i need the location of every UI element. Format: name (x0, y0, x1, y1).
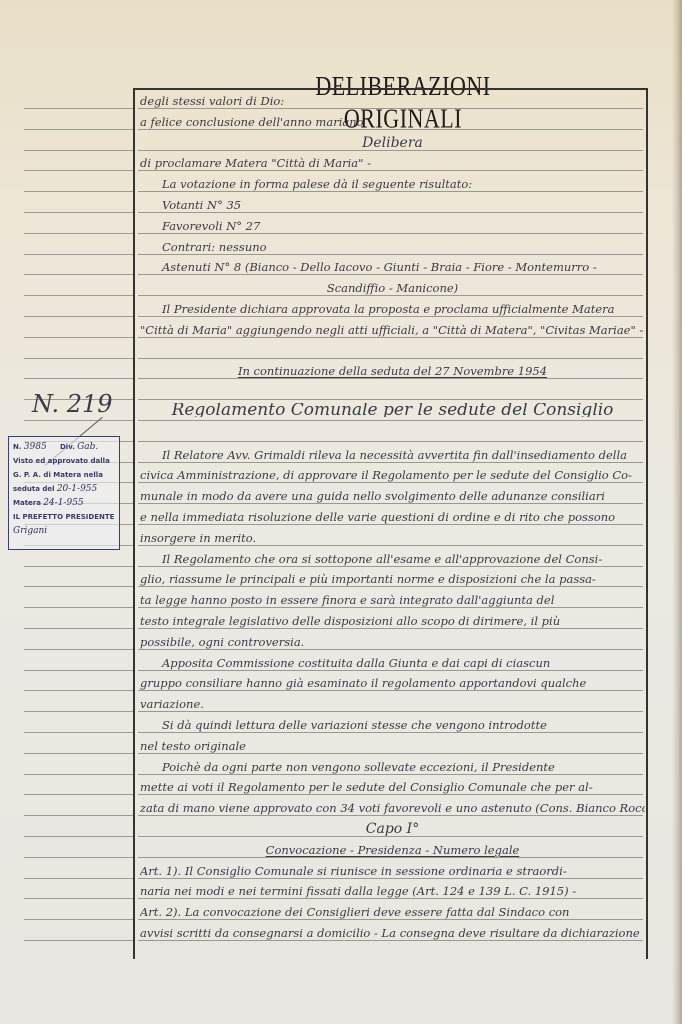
handwritten-line: Votanti N° 35 (140, 198, 645, 212)
ruled-line (138, 524, 643, 525)
ruled-line (138, 191, 643, 192)
ruled-line (138, 753, 643, 754)
ruled-line (138, 233, 643, 234)
handwritten-line: degli stessi valori di Dio: (140, 94, 645, 108)
ruled-line (138, 358, 643, 359)
handwritten-line: di proclamare Matera "Città di Maria" - (140, 156, 645, 170)
ruled-line (138, 919, 643, 920)
ruled-line (138, 836, 643, 837)
margin-rule-line (24, 607, 134, 608)
margin-rule-line (24, 919, 134, 920)
ruled-line (138, 337, 643, 338)
stamp-division: Gab. (77, 440, 111, 454)
approval-stamp: N. 3985 Div. Gab. Visto ed approvato dal… (8, 436, 120, 550)
ruled-line (138, 566, 643, 567)
handwritten-line: avvisi scritti da consegnarsi a domicili… (140, 926, 645, 940)
margin-rule-line (24, 316, 134, 317)
margin-rule-line (24, 586, 134, 587)
record-number: N. 219 (32, 390, 113, 418)
stamp-place-row: Matera 24-1-955 (13, 496, 115, 510)
ruled-line (138, 420, 643, 421)
handwritten-line: nel testo originale (140, 739, 645, 753)
ruled-line (138, 108, 643, 109)
handwritten-line: Art. 1). Il Consiglio Comunale si riunis… (140, 864, 645, 878)
ruled-line (138, 670, 643, 671)
handwritten-line: Poichè da ogni parte non vengono solleva… (140, 760, 645, 774)
ruled-line (138, 462, 643, 463)
handwritten-line: Delibera (140, 136, 645, 150)
stamp-session-row: seduta del 20-1-955 (13, 482, 115, 496)
handwritten-line: Apposita Commissione costituita dalla Gi… (140, 656, 645, 670)
margin-rule-line (24, 732, 134, 733)
ruled-line (138, 295, 643, 296)
handwritten-line: naria nei modi e nei termini fissati dal… (140, 884, 645, 898)
margin-rule-line (24, 129, 134, 130)
handwritten-line: zata di mano viene approvato con 34 voti… (140, 801, 645, 815)
stamp-line-1: Visto ed approvato dalla (13, 454, 115, 468)
ruled-line (138, 774, 643, 775)
margin-rule-line (24, 566, 134, 567)
ruled-line (138, 254, 643, 255)
handwritten-line: ta legge hanno posto in essere finora e … (140, 593, 645, 607)
margin-rule-line (24, 774, 134, 775)
stamp-number-row: N. 3985 Div. Gab. (13, 440, 115, 454)
margin-rule-line (24, 191, 134, 192)
ruled-line (138, 815, 643, 816)
margin-rule-line (24, 212, 134, 213)
margin-rule-line (24, 295, 134, 296)
margin-rule-line (24, 815, 134, 816)
margin-rule-line (24, 378, 134, 379)
handwritten-line: gruppo consiliare hanno già esaminato il… (140, 676, 645, 690)
ruled-line (138, 711, 643, 712)
handwritten-line: Il Presidente dichiara approvata la prop… (140, 302, 645, 316)
handwritten-line: Favorevoli N° 27 (140, 219, 645, 233)
handwritten-line: Astenuti N° 8 (Bianco - Dello Iacovo - G… (140, 260, 645, 274)
handwritten-line: Il Regolamento che ora si sottopone all'… (140, 552, 645, 566)
margin-rule-line (24, 254, 134, 255)
handwritten-line: testo integrale legislativo delle dispos… (140, 614, 645, 628)
handwritten-line: possibile, ogni controversia. (140, 635, 645, 649)
margin-rule-line (24, 711, 134, 712)
handwritten-line: civica Amministrazione, di approvare il … (140, 468, 645, 482)
handwritten-line: munale in modo da avere una guida nello … (140, 489, 645, 503)
ruled-line (138, 940, 643, 941)
ruled-line (138, 857, 643, 858)
margin-rule-line (24, 940, 134, 941)
stamp-line-2: G. P. A. di Matera nella (13, 468, 115, 482)
margin-rule-line (24, 857, 134, 858)
handwritten-line: Capo I° (140, 822, 645, 836)
ruled-line (138, 129, 643, 130)
margin-rule-line (24, 420, 134, 421)
ruled-line (138, 690, 643, 691)
ruled-line (138, 586, 643, 587)
ruled-line (138, 170, 643, 171)
handwritten-line: Convocazione - Presidenza - Numero legal… (140, 843, 645, 857)
margin-rule-line (24, 836, 134, 837)
margin-rule-line (24, 878, 134, 879)
handwritten-line: Si dà quindi lettura delle variazioni st… (140, 718, 645, 732)
handwritten-line: Il Relatore Avv. Grimaldi rileva la nece… (140, 448, 645, 462)
handwritten-line: Scandiffio - Manicone) (140, 281, 645, 295)
handwritten-line: Regolamento Comunale per le sedute del C… (140, 403, 645, 417)
stamp-signature-row: Grigani (13, 524, 115, 538)
ruled-line (138, 274, 643, 275)
handwritten-line: mette ai voti il Regolamento per le sedu… (140, 780, 645, 794)
ruled-line (138, 482, 643, 483)
handwritten-line: variazione. (140, 697, 645, 711)
margin-rule-line (24, 690, 134, 691)
margin-rule-line (24, 753, 134, 754)
ruled-line (138, 316, 643, 317)
handwritten-line: In continuazione della seduta del 27 Nov… (140, 364, 645, 378)
ruled-line (138, 794, 643, 795)
handwritten-line: a felice conclusione dell'anno mariano (140, 115, 645, 129)
stamp-signature: Grigani (13, 524, 93, 538)
handwritten-line: Contrari: nessuno (140, 240, 645, 254)
stamp-number: 3985 (24, 440, 58, 454)
frame-right-border (646, 89, 648, 959)
page-edge (672, 0, 682, 1024)
handwritten-line: La votazione in forma palese dà il segue… (140, 177, 645, 191)
margin-rule-line (24, 274, 134, 275)
stamp-signatory: IL PREFETTO PRESIDENTE (13, 510, 115, 524)
margin-rule-line (24, 233, 134, 234)
ruled-line (138, 545, 643, 546)
margin-rule-line (24, 670, 134, 671)
handwritten-line: insorgere in merito. (140, 531, 645, 545)
ruled-line (138, 150, 643, 151)
margin-rule-line (24, 898, 134, 899)
ruled-line (138, 503, 643, 504)
margin-rule-line (24, 170, 134, 171)
handwritten-line: Art. 2). La convocazione dei Consiglieri… (140, 905, 645, 919)
ruled-line (138, 212, 643, 213)
ruled-line (138, 628, 643, 629)
ruled-line (138, 878, 643, 879)
margin-rule-line (24, 628, 134, 629)
stamp-place-date: 24-1-955 (43, 496, 83, 510)
margin-rule-line (24, 150, 134, 151)
ruled-line (138, 441, 643, 442)
handwritten-line: e nella immediata risoluzione delle vari… (140, 510, 645, 524)
handwritten-line: "Città di Maria" aggiungendo negli atti … (140, 323, 645, 337)
margin-rule-line (24, 649, 134, 650)
margin-rule-line (24, 358, 134, 359)
stamp-session-date: 20-1-955 (57, 482, 97, 496)
ruled-line (138, 898, 643, 899)
ruled-line (138, 399, 643, 400)
ruled-line (138, 732, 643, 733)
margin-rule-line (24, 794, 134, 795)
handwritten-line: glio, riassume le principali e più impor… (140, 572, 645, 586)
margin-rule-line (24, 108, 134, 109)
margin-rule-line (24, 337, 134, 338)
ruled-line (138, 649, 643, 650)
ruled-line (138, 378, 643, 379)
ruled-line (138, 607, 643, 608)
